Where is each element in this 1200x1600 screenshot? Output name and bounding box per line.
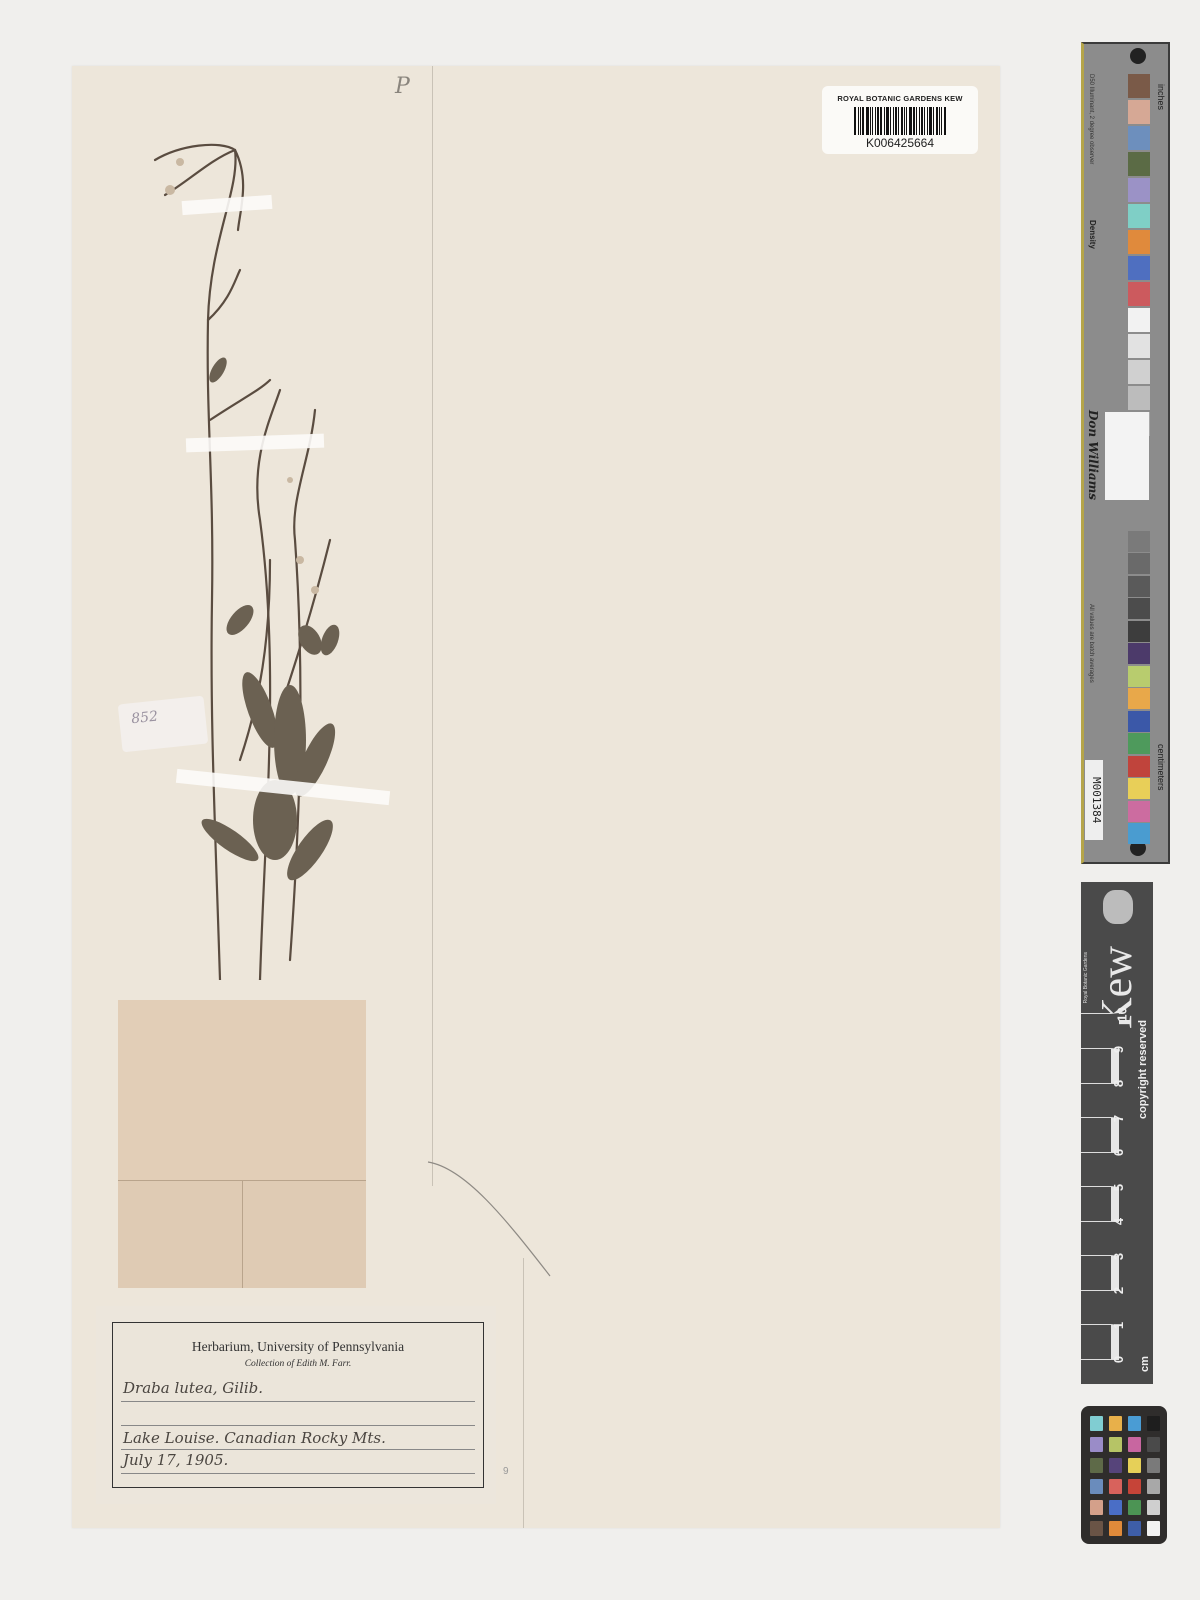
label-rule: [121, 1449, 475, 1450]
centimeters-label: centimeters: [1156, 744, 1166, 791]
locality: Lake Louise. Canadian Rocky Mts.: [123, 1429, 386, 1447]
ruler-swatch: [1128, 74, 1150, 98]
checker-chip: [1090, 1437, 1103, 1452]
batch-note: All values are batch averages: [1088, 604, 1094, 683]
ruler-swatch: [1128, 553, 1150, 574]
checker-chip: [1090, 1479, 1103, 1494]
ruler-swatch: [1128, 230, 1150, 254]
barcode-number: K006425664: [822, 136, 978, 150]
ruler-brand: Don Williams: [1086, 410, 1100, 500]
density-label: Density: [1088, 220, 1097, 249]
scale-number: 5: [1111, 1183, 1126, 1190]
ruler-swatch: [1128, 256, 1150, 280]
ruler-swatch: [1128, 643, 1150, 664]
label-title: Herbarium, University of Pennsylvania: [113, 1339, 483, 1355]
scale-number: 9: [1111, 1045, 1126, 1052]
ruler-swatch: [1128, 100, 1150, 124]
checker-chip: [1128, 1416, 1141, 1431]
ruler-swatch: [1128, 621, 1150, 642]
ruler-swatch: [1128, 508, 1150, 529]
ruler-swatch: [1128, 178, 1150, 202]
scale-number: 6: [1111, 1149, 1126, 1156]
scale-number: 8: [1111, 1080, 1126, 1087]
checker-chip: [1109, 1416, 1122, 1431]
ruler-swatch: [1128, 126, 1150, 150]
fold-line-lower: [523, 1258, 524, 1528]
checker-chip: [1147, 1479, 1160, 1494]
taxon-name: Draba lutea, Gilib.: [123, 1379, 263, 1397]
ruler-hole: [1130, 48, 1146, 64]
scale-segment: [1081, 1289, 1119, 1325]
ruler-swatch: [1128, 531, 1150, 552]
institution-name: ROYAL BOTANIC GARDENS KEW: [822, 94, 978, 103]
ruler-swatch: [1128, 756, 1150, 777]
checker-chip: [1147, 1500, 1160, 1515]
fragment-packet[interactable]: [118, 1000, 366, 1288]
ruler-swatch: [1128, 801, 1150, 822]
checker-chip: [1109, 1521, 1122, 1536]
ruler-swatch: [1128, 386, 1150, 410]
scale-number: 2: [1111, 1287, 1126, 1294]
ruler-swatch: [1128, 282, 1150, 306]
label-rule: [121, 1473, 475, 1474]
checker-chip: [1128, 1521, 1141, 1536]
plant-specimen: [140, 120, 400, 980]
label-rule: [121, 1401, 475, 1402]
barcode-label: ROYAL BOTANIC GARDENS KEW K006425664: [822, 86, 978, 154]
scale-number: 7: [1111, 1114, 1126, 1121]
kew-scale-bar: Kew Royal Botanic Gardens copyright rese…: [1081, 882, 1153, 1384]
checker-chip: [1109, 1437, 1122, 1452]
ruler-swatch: [1128, 152, 1150, 176]
grey-insert: [1105, 412, 1149, 500]
checker-chip: [1128, 1458, 1141, 1473]
checker-chip: [1090, 1521, 1103, 1536]
barcode: [848, 107, 952, 135]
ruler-swatch: [1128, 666, 1150, 687]
inches-label: inches: [1156, 84, 1166, 110]
ruler-swatch: [1128, 711, 1150, 732]
checker-chip: [1090, 1458, 1103, 1473]
checker-chip: [1147, 1437, 1160, 1452]
checker-chip: [1147, 1521, 1160, 1536]
collection-date: July 17, 1905.: [123, 1451, 228, 1469]
pencil-mark: P: [395, 74, 410, 99]
scale-segment: [1081, 1220, 1119, 1256]
checker-chip: [1128, 1479, 1141, 1494]
cm-unit: cm: [1139, 1356, 1151, 1372]
checker-chip: [1147, 1458, 1160, 1473]
ruler-swatch: [1128, 576, 1150, 597]
ruler-code: M001384: [1085, 760, 1103, 840]
label-rule: [121, 1425, 475, 1426]
ruler-swatch: [1128, 823, 1150, 844]
herbarium-label: Herbarium, University of Pennsylvania Co…: [112, 1322, 484, 1488]
packet-flap: [118, 1000, 366, 1181]
illuminant-note: D50 Illuminant, 2 degree observer: [1088, 74, 1094, 164]
copyright-text: copyright reserved: [1137, 1020, 1149, 1119]
ruler-swatch: [1128, 778, 1150, 799]
ruler-swatch: [1128, 598, 1150, 619]
scale-segment: [1081, 1082, 1119, 1118]
ruler-swatch: [1128, 334, 1150, 358]
scale-number: 3: [1111, 1252, 1126, 1259]
ruler-swatch: [1128, 360, 1150, 384]
scale-number: 1: [1111, 1321, 1126, 1328]
kew-subtitle: Royal Botanic Gardens: [1083, 952, 1089, 1003]
scale-segment: [1081, 1151, 1119, 1187]
scale-number: 4: [1111, 1218, 1126, 1225]
ruler-swatch: [1128, 688, 1150, 709]
packet-fold: [242, 1180, 243, 1288]
ruler-swatch: [1128, 308, 1150, 332]
fold-line: [432, 66, 433, 1186]
color-checker: [1081, 1406, 1167, 1544]
scale-segment: [1081, 1013, 1119, 1049]
checker-chip: [1128, 1500, 1141, 1515]
checker-chip: [1109, 1479, 1122, 1494]
scale-number: 10: [1115, 1007, 1130, 1021]
label-subtitle: Collection of Edith M. Farr.: [113, 1359, 483, 1369]
checker-chip: [1147, 1416, 1160, 1431]
ruler-swatch: [1128, 733, 1150, 754]
checker-chip: [1128, 1437, 1141, 1452]
corner-mark: 9: [503, 1466, 509, 1477]
collector-tag: 852: [118, 696, 209, 753]
kew-crest-icon: [1103, 890, 1133, 924]
checker-chip: [1090, 1416, 1103, 1431]
checker-chip: [1090, 1500, 1103, 1515]
checker-chip: [1109, 1458, 1122, 1473]
pencil-curve: [425, 1158, 555, 1278]
checker-chip: [1109, 1500, 1122, 1515]
scale-number: 0: [1111, 1356, 1126, 1363]
ruler-swatch: [1128, 204, 1150, 228]
